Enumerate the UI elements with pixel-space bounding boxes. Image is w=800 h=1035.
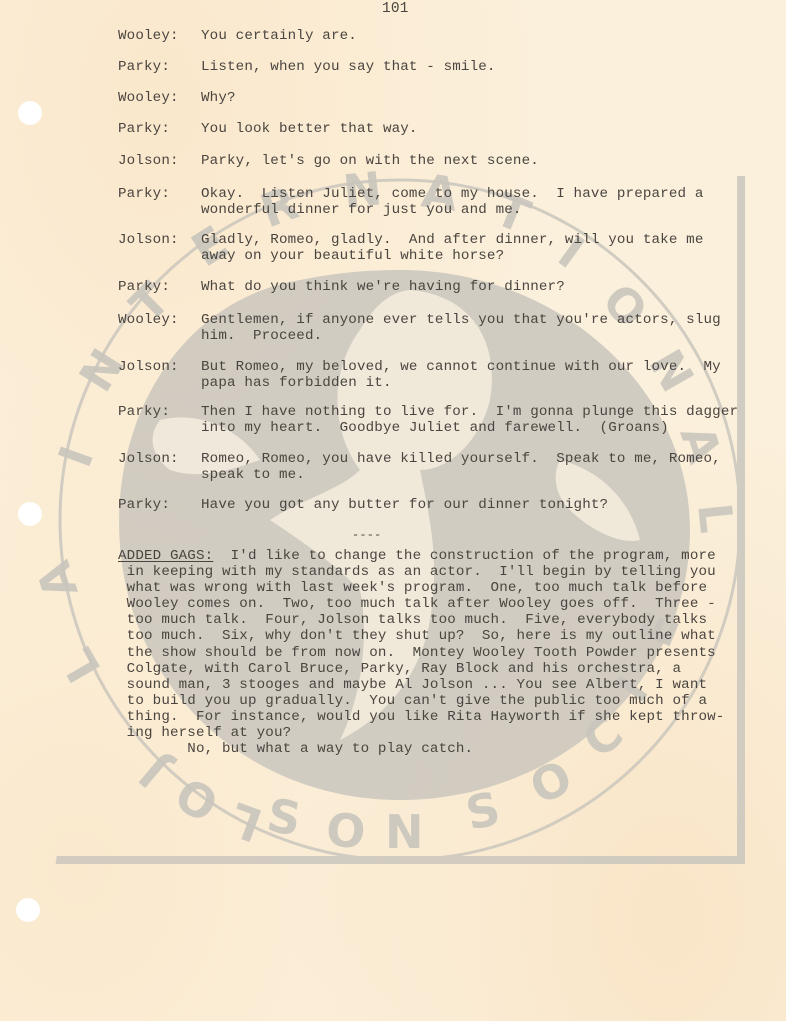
dialogue-line: Have you got any butter for our dinner t… <box>201 497 608 513</box>
speaker-label: Parky: <box>118 59 170 75</box>
script-page: I N T E R N A T I O N A L A L J O L S O … <box>0 0 786 1021</box>
gags-line: too much talk. Four, Jolson talks too mu… <box>118 612 707 628</box>
speaker-label: Parky: <box>118 404 170 420</box>
dialogue-line: Gladly, Romeo, gladly. And after dinner,… <box>201 232 704 248</box>
gags-line: I'd like to change the construction of t… <box>213 548 716 564</box>
speaker-label: Wooley: <box>118 90 179 106</box>
gags-line: what was wrong with last week's program.… <box>118 580 707 596</box>
dialogue-line: away on your beautiful white horse? <box>201 248 504 264</box>
speaker-label: Jolson: <box>118 451 179 467</box>
gags-line: Colgate, with Carol Bruce, Parky, Ray Bl… <box>118 661 681 677</box>
gags-punchline: No, but what a way to play catch. <box>118 741 473 757</box>
dialogue-line: Gentlemen, if anyone ever tells you that… <box>201 312 721 328</box>
speaker-label: Wooley: <box>118 28 179 44</box>
dialogue-line: Listen, when you say that - smile. <box>201 59 496 75</box>
dialogue-line: speak to me. <box>201 467 305 483</box>
dialogue-line: What do you think we're having for dinne… <box>201 279 565 295</box>
dialogue-line: Why? <box>201 90 236 106</box>
speaker-label: Jolson: <box>118 153 179 169</box>
gags-line: ing herself at you? <box>118 725 291 741</box>
dialogue-line: But Romeo, my beloved, we cannot continu… <box>201 359 721 375</box>
page-number: 101 <box>382 1 409 17</box>
dialogue-line: Okay. Listen Juliet, come to my house. I… <box>201 186 704 202</box>
speaker-label: Wooley: <box>118 312 179 328</box>
gags-line: to build you up gradually. You can't giv… <box>118 693 707 709</box>
speaker-label: Parky: <box>118 186 170 202</box>
speaker-label: Jolson: <box>118 232 179 248</box>
speaker-label: Parky: <box>118 279 170 295</box>
added-gags-section: ADDED GAGS: I'd like to change the const… <box>118 548 724 757</box>
gags-line: sound man, 3 stooges and maybe Al Jolson… <box>118 677 707 693</box>
gags-line: thing. For instance, would you like Rita… <box>118 709 724 725</box>
typewritten-script: 101 Wooley: You certainly are. Parky: Li… <box>0 0 786 1021</box>
speaker-label: Parky: <box>118 121 170 137</box>
dialogue-line: You look better that way. <box>201 121 418 137</box>
speaker-label: Parky: <box>118 497 170 513</box>
dialogue-line: Romeo, Romeo, you have killed yourself. … <box>201 451 721 467</box>
gags-line: in keeping with my standards as an actor… <box>118 564 716 580</box>
gags-line: Wooley comes on. Two, too much talk afte… <box>118 596 716 612</box>
gags-line: the show should be from now on. Montey W… <box>118 645 716 661</box>
speaker-label: Jolson: <box>118 359 179 375</box>
dialogue-line: Then I have nothing to live for. I'm gon… <box>201 404 738 420</box>
added-gags-label: ADDED GAGS: <box>118 548 213 564</box>
dialogue-line: papa has forbidden it. <box>201 375 392 391</box>
dialogue-line: wonderful dinner for just you and me. <box>201 202 522 218</box>
gags-line: too much. Six, why don't they shut up? S… <box>118 628 716 644</box>
section-separator: ---- <box>352 528 381 542</box>
dialogue-line: You certainly are. <box>201 28 357 44</box>
dialogue-line: into my heart. Goodbye Juliet and farewe… <box>201 420 669 436</box>
dialogue-line: him. Proceed. <box>201 328 322 344</box>
dialogue-line: Parky, let's go on with the next scene. <box>201 153 539 169</box>
